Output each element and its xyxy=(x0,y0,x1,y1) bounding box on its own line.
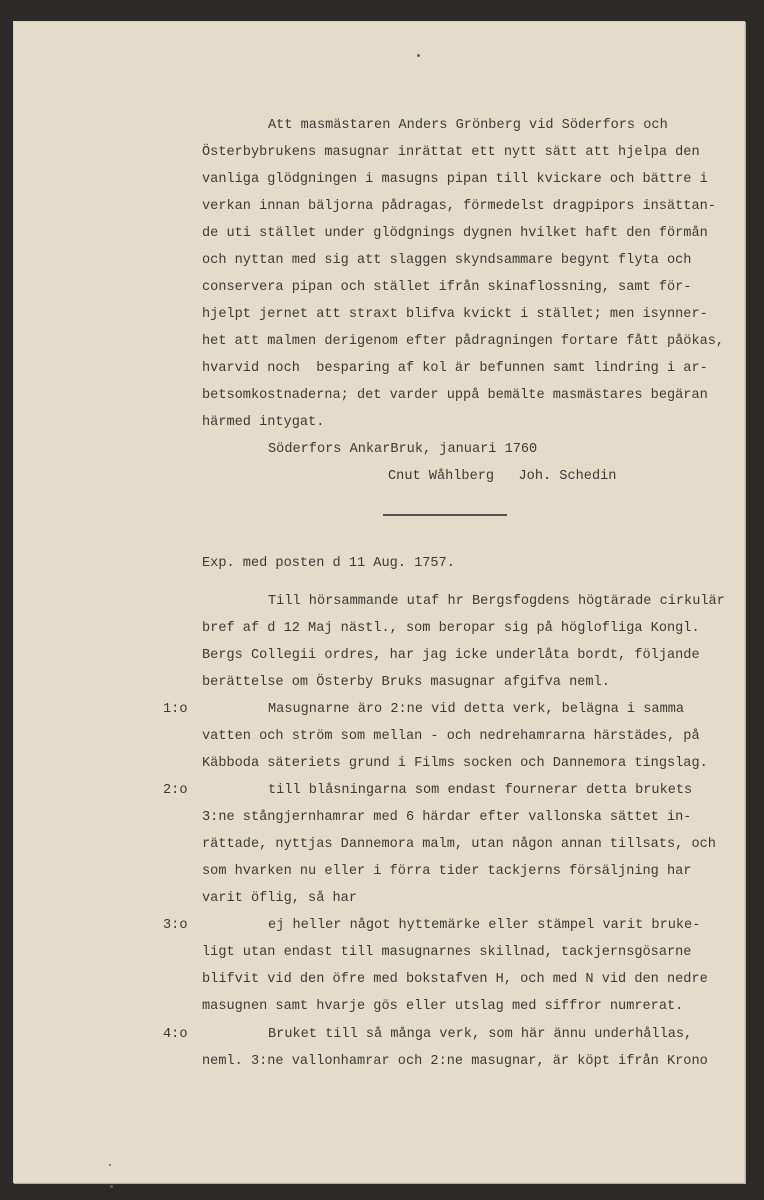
paper-speck xyxy=(417,54,420,57)
section-line: blifvit vid den öfre med bokstafven H, o… xyxy=(202,972,708,988)
paper-speck xyxy=(109,1164,111,1166)
certificate-line: hjelpt jernet att straxt blifva kvickt i… xyxy=(202,307,708,323)
certificate-line: och nyttan med sig att slaggen skyndsamm… xyxy=(202,253,691,269)
letter-header: Exp. med posten d 11 Aug. 1757. xyxy=(202,556,455,572)
section-line: neml. 3:ne vallonhamrar och 2:ne masugna… xyxy=(202,1054,708,1070)
certificate-line: de uti stället under glödgnings dygnen h… xyxy=(202,226,708,242)
section-line: till blåsningarna som endast fournerar d… xyxy=(268,783,692,799)
letter-intro-line: bref af d 12 Maj nästl., som beropar sig… xyxy=(202,621,700,637)
section-line: Käbboda säteriets grund i Films socken o… xyxy=(202,756,708,772)
certificate-line: Österbybrukens masugnar inrättat ett nyt… xyxy=(202,145,700,161)
letter-intro-line: Bergs Collegii ordres, har jag icke unde… xyxy=(202,648,700,664)
signatures: Cnut Wåhlberg Joh. Schedin xyxy=(388,469,616,485)
certificate-line: het att malmen derigenom efter pådragnin… xyxy=(202,334,724,350)
certificate-line: vanliga glödgningen i masugns pipan till… xyxy=(202,172,708,188)
section-line: vatten och ström som mellan - och nedreh… xyxy=(202,729,700,745)
section-number: 4:o xyxy=(163,1027,187,1043)
certificate-line: verkan innan bäljorna pådragas, förmedel… xyxy=(202,199,716,215)
section-line: som hvarken nu eller i förra tider tackj… xyxy=(202,864,691,880)
section-line: 3:ne stångjernhamrar med 6 härdar efter … xyxy=(202,810,691,826)
certificate-line: härmed intygat. xyxy=(202,415,324,431)
section-line: Masugnarne äro 2:ne vid detta verk, belä… xyxy=(268,702,684,718)
certificate-line: conservera pipan och stället ifrån skina… xyxy=(202,280,691,296)
section-number: 3:o xyxy=(163,918,187,934)
letter-intro-line: berättelse om Österby Bruks masugnar afg… xyxy=(202,675,610,691)
section-line: masugnen samt hvarje gös eller utslag me… xyxy=(202,999,683,1015)
paper-speck xyxy=(110,1185,113,1188)
section-line: Bruket till så många verk, som här ännu … xyxy=(268,1027,692,1043)
certificate-line: Att masmästaren Anders Grönberg vid Söde… xyxy=(268,118,668,134)
document-page: Att masmästaren Anders Grönberg vid Söde… xyxy=(13,21,745,1183)
certificate-line: betsomkostnaderna; det varder uppå bemäl… xyxy=(202,388,708,404)
section-line: ligt utan endast till masugnarnes skilln… xyxy=(202,945,691,961)
section-line: varit öflig, så har xyxy=(202,891,357,907)
letter-intro-line: Till hörsammande utaf hr Bergsfogdens hö… xyxy=(268,594,725,610)
section-number: 2:o xyxy=(163,783,187,799)
section-number: 1:o xyxy=(163,702,187,718)
certificate-line: hvarvid noch besparing af kol är befunne… xyxy=(202,361,708,377)
section-line: rättade, nyttjas Dannemora malm, utan nå… xyxy=(202,837,716,853)
place-date: Söderfors AnkarBruk, januari 1760 xyxy=(268,442,537,458)
section-divider xyxy=(383,514,507,516)
section-line: ej heller något hyttemärke eller stämpel… xyxy=(268,918,700,934)
